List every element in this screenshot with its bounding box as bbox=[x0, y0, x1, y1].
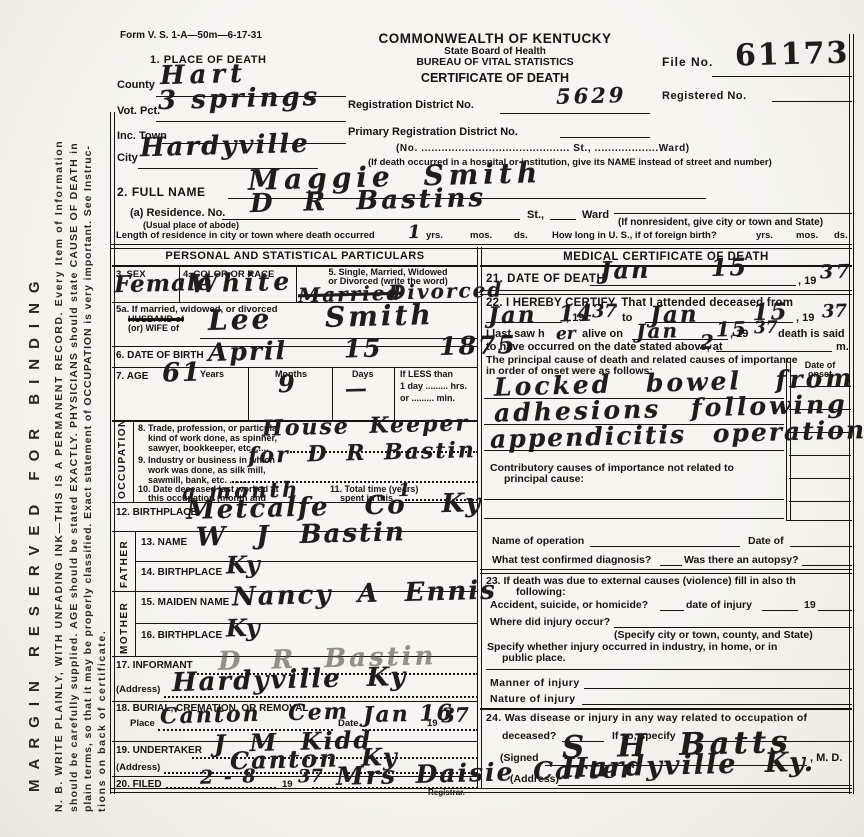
margin-instruction-line-4: tions on back of certificate. bbox=[96, 630, 108, 812]
city-label: City bbox=[117, 153, 138, 165]
primary-registration-label: Primary Registration District No. bbox=[348, 127, 518, 139]
form-left-border bbox=[110, 112, 115, 794]
rule bbox=[179, 266, 180, 302]
yrs-label: yrs. bbox=[426, 231, 443, 241]
registered-no-label: Registered No. bbox=[662, 91, 747, 103]
rule bbox=[486, 322, 562, 323]
st-label: St., bbox=[527, 210, 544, 222]
date-of-death-value: Jan 15 bbox=[600, 255, 749, 283]
filed-year-value: 37 bbox=[298, 768, 324, 787]
attended-from-year: 37 bbox=[592, 303, 618, 322]
rule bbox=[789, 478, 851, 479]
registration-district-value: 5629 bbox=[556, 84, 627, 107]
mos-label: mos. bbox=[796, 231, 818, 241]
margin-instruction-line-3: plain terms, so that it may be properly … bbox=[82, 145, 94, 812]
margin-binding-note: MARGIN RESERVED FOR BINDING bbox=[26, 271, 43, 792]
operation-label: Name of operation bbox=[492, 536, 584, 547]
rule bbox=[712, 76, 852, 77]
m-label: m. bbox=[836, 342, 849, 354]
personal-section-title: PERSONAL AND STATISTICAL PARTICULARS bbox=[112, 251, 478, 263]
trade-value: House Keeper bbox=[262, 412, 470, 439]
burial-place-value: Canton Cem bbox=[160, 701, 350, 728]
rule bbox=[614, 627, 852, 628]
rule bbox=[590, 546, 740, 547]
commonwealth-title: COMMONWEALTH OF KENTUCKY bbox=[330, 32, 660, 46]
registrar-signature: Mrs Daisie Carter bbox=[336, 756, 636, 789]
last-saw-year: 37 bbox=[754, 320, 778, 338]
birthplace-label: 12. BIRTHPLACE bbox=[116, 508, 197, 519]
filed-label: 20. FILED bbox=[116, 780, 162, 791]
rule bbox=[484, 499, 784, 500]
rule bbox=[790, 546, 852, 547]
contributory-label-line2: principal cause: bbox=[504, 474, 584, 485]
county-label: County bbox=[117, 80, 155, 92]
date-of-death-year: 37 bbox=[820, 263, 853, 283]
autopsy-label: Was there an autopsy? bbox=[684, 555, 799, 566]
occurred-label: to have occurred on the date stated abov… bbox=[486, 342, 723, 354]
informant-address-label: (Address) bbox=[116, 685, 160, 695]
if-less-line3: or ......... min. bbox=[400, 394, 455, 403]
length-of-residence-value: 1 bbox=[408, 224, 421, 242]
dob-value: April 15 1875 bbox=[208, 332, 517, 365]
rule bbox=[716, 351, 832, 352]
age-days-value: — bbox=[345, 378, 368, 401]
printed-19: 19 bbox=[427, 719, 438, 729]
occupation-side-label: OCCUPATION bbox=[117, 418, 128, 499]
rule bbox=[762, 610, 798, 611]
rule bbox=[786, 520, 852, 521]
rule bbox=[222, 219, 520, 220]
margin-instruction-line-1: N. B. WRITE PLAINLY, WITH UNFADING INK—T… bbox=[53, 140, 65, 812]
rule bbox=[480, 708, 852, 710]
time-of-death-value: 2 bbox=[700, 332, 714, 352]
printed-19: , 19 bbox=[730, 329, 748, 341]
specify-line2: public place. bbox=[502, 653, 566, 664]
deceased-label: deceased? bbox=[502, 731, 556, 742]
rule bbox=[133, 421, 134, 502]
operation-date-label: Date of bbox=[748, 536, 784, 547]
residence-value: D R Bastins bbox=[250, 185, 487, 217]
registrar-label: Registrar. bbox=[428, 789, 465, 797]
city-value: Hardyville bbox=[140, 131, 310, 161]
form-number: Form V. S. 1-A—50m—6-17-31 bbox=[120, 31, 262, 42]
age-years-value: 61 bbox=[162, 359, 203, 386]
nineteen-label: 19 bbox=[804, 600, 816, 611]
form-right-border bbox=[849, 34, 854, 794]
where-injury-label: Where did injury occur? bbox=[490, 617, 610, 628]
rule bbox=[164, 696, 478, 698]
rule bbox=[156, 121, 346, 122]
q23-line2: following: bbox=[516, 587, 566, 598]
registration-district-label: Registration District No. bbox=[348, 100, 474, 112]
yrs-label: yrs. bbox=[756, 231, 773, 241]
father-birthplace-label: 14. BIRTHPLACE bbox=[141, 568, 222, 579]
printed-19: 19 bbox=[282, 780, 293, 790]
printed-19: , 19 bbox=[796, 313, 814, 325]
file-no-value: 61173 bbox=[735, 39, 850, 72]
last-saw-label: I last saw h bbox=[486, 329, 545, 341]
rule bbox=[362, 729, 478, 731]
rule bbox=[582, 704, 852, 705]
rule bbox=[614, 213, 852, 214]
rule bbox=[480, 290, 852, 295]
nature-of-injury-label: Nature of injury bbox=[490, 694, 576, 705]
rule bbox=[550, 219, 576, 220]
mos-label: mos. bbox=[470, 231, 492, 241]
nonresident-note: (If nonresident, give city or town and S… bbox=[618, 218, 823, 229]
how-long-label: How long in U. S., if of foreign birth? bbox=[552, 231, 717, 241]
rule bbox=[558, 785, 852, 786]
accident-label: Accident, suicide, or homicide? bbox=[490, 600, 648, 611]
father-name-label: 13. NAME bbox=[141, 538, 187, 549]
rule bbox=[484, 518, 784, 519]
rule bbox=[480, 569, 852, 574]
rule bbox=[772, 101, 852, 102]
length-of-residence-label: Length of residence in city or town wher… bbox=[116, 231, 375, 241]
ds-label: ds. bbox=[514, 231, 528, 241]
alive-on-label: alive on bbox=[582, 329, 623, 341]
mother-birthplace-label: 16. BIRTHPLACE bbox=[141, 631, 222, 642]
rule bbox=[560, 137, 650, 138]
father-birthplace-value: Ky bbox=[226, 553, 260, 578]
age-label: 7. AGE bbox=[116, 372, 148, 383]
test-confirmed-label: What test confirmed diagnosis? bbox=[492, 555, 651, 566]
years-label: Years bbox=[200, 370, 224, 379]
manner-of-injury-label: Manner of injury bbox=[490, 678, 580, 689]
rule bbox=[135, 623, 478, 624]
spouse-value: Lee Smith bbox=[208, 301, 434, 335]
margin-instruction-line-2: should be carefully supplied. AGE should… bbox=[68, 142, 80, 812]
color-race-value: White bbox=[190, 269, 294, 297]
bureau-subtitle: BUREAU OF VITAL STATISTICS bbox=[330, 57, 660, 68]
if-less-line2: 1 day ......... hrs. bbox=[400, 382, 467, 391]
father-side-label: FATHER bbox=[119, 540, 130, 588]
rule bbox=[789, 501, 851, 502]
rule bbox=[590, 285, 796, 286]
rule bbox=[660, 610, 684, 611]
rule bbox=[296, 266, 297, 302]
mother-name-label: 15. MAIDEN NAME bbox=[141, 598, 229, 609]
date-of-death-label: 21. DATE OF DEATH bbox=[486, 273, 605, 285]
mother-side-label: MOTHER bbox=[119, 602, 130, 654]
rule bbox=[500, 113, 650, 114]
rule bbox=[660, 565, 682, 566]
if-less-line1: If LESS than bbox=[400, 370, 453, 379]
rule bbox=[802, 565, 852, 566]
ward-label: Ward bbox=[582, 210, 609, 222]
burial-place-label: Place bbox=[130, 719, 155, 729]
father-name-value: W J Bastin bbox=[196, 519, 406, 550]
vot-pct-value: 3 springs bbox=[158, 84, 321, 114]
specify-city-note: (Specify city or town, county, and State… bbox=[614, 630, 813, 641]
undertaker-label: 19. UNDERTAKER bbox=[116, 746, 202, 757]
filed-date-value: 2 - 8 bbox=[200, 767, 258, 788]
attended-to-year: 37 bbox=[822, 303, 848, 322]
rule bbox=[584, 688, 852, 689]
mother-name-value: Nancy A Ennis bbox=[232, 578, 497, 611]
q24-line1: 24. Was disease or injury in any way rel… bbox=[486, 713, 807, 724]
death-certificate-page: MARGIN RESERVED FOR BINDING N. B. WRITE … bbox=[0, 0, 864, 837]
street-number-note: (No. ...................................… bbox=[396, 144, 690, 155]
burial-year-value: 37 bbox=[441, 705, 469, 726]
injury-date-label: date of injury bbox=[686, 600, 752, 611]
industry-value: for D R Bastin bbox=[248, 439, 476, 467]
printed-19: , 19 bbox=[798, 276, 816, 288]
vot-pct-label: Vot. Pct. bbox=[117, 106, 160, 118]
rule bbox=[486, 669, 852, 670]
age-months-value: 9 bbox=[278, 372, 295, 396]
mother-birthplace-value: Ky bbox=[226, 616, 260, 641]
to-label: to bbox=[622, 313, 632, 325]
undertaker-address-label: (Address) bbox=[116, 763, 160, 773]
rule bbox=[818, 610, 852, 611]
wife-of-label: (or) WIFE of bbox=[128, 324, 179, 333]
rule bbox=[484, 450, 784, 451]
rule bbox=[332, 368, 333, 420]
informant-address-value: Hardyville Ky bbox=[172, 664, 408, 696]
ds-label: ds. bbox=[834, 231, 848, 241]
file-no-label: File No. bbox=[662, 56, 713, 69]
residence-label: (a) Residence. No. bbox=[130, 208, 225, 220]
full-name-label: 2. FULL NAME bbox=[117, 186, 205, 199]
rule bbox=[789, 455, 851, 456]
rule bbox=[248, 368, 249, 420]
death-said-label: death is said bbox=[778, 329, 845, 341]
rule bbox=[135, 561, 478, 562]
